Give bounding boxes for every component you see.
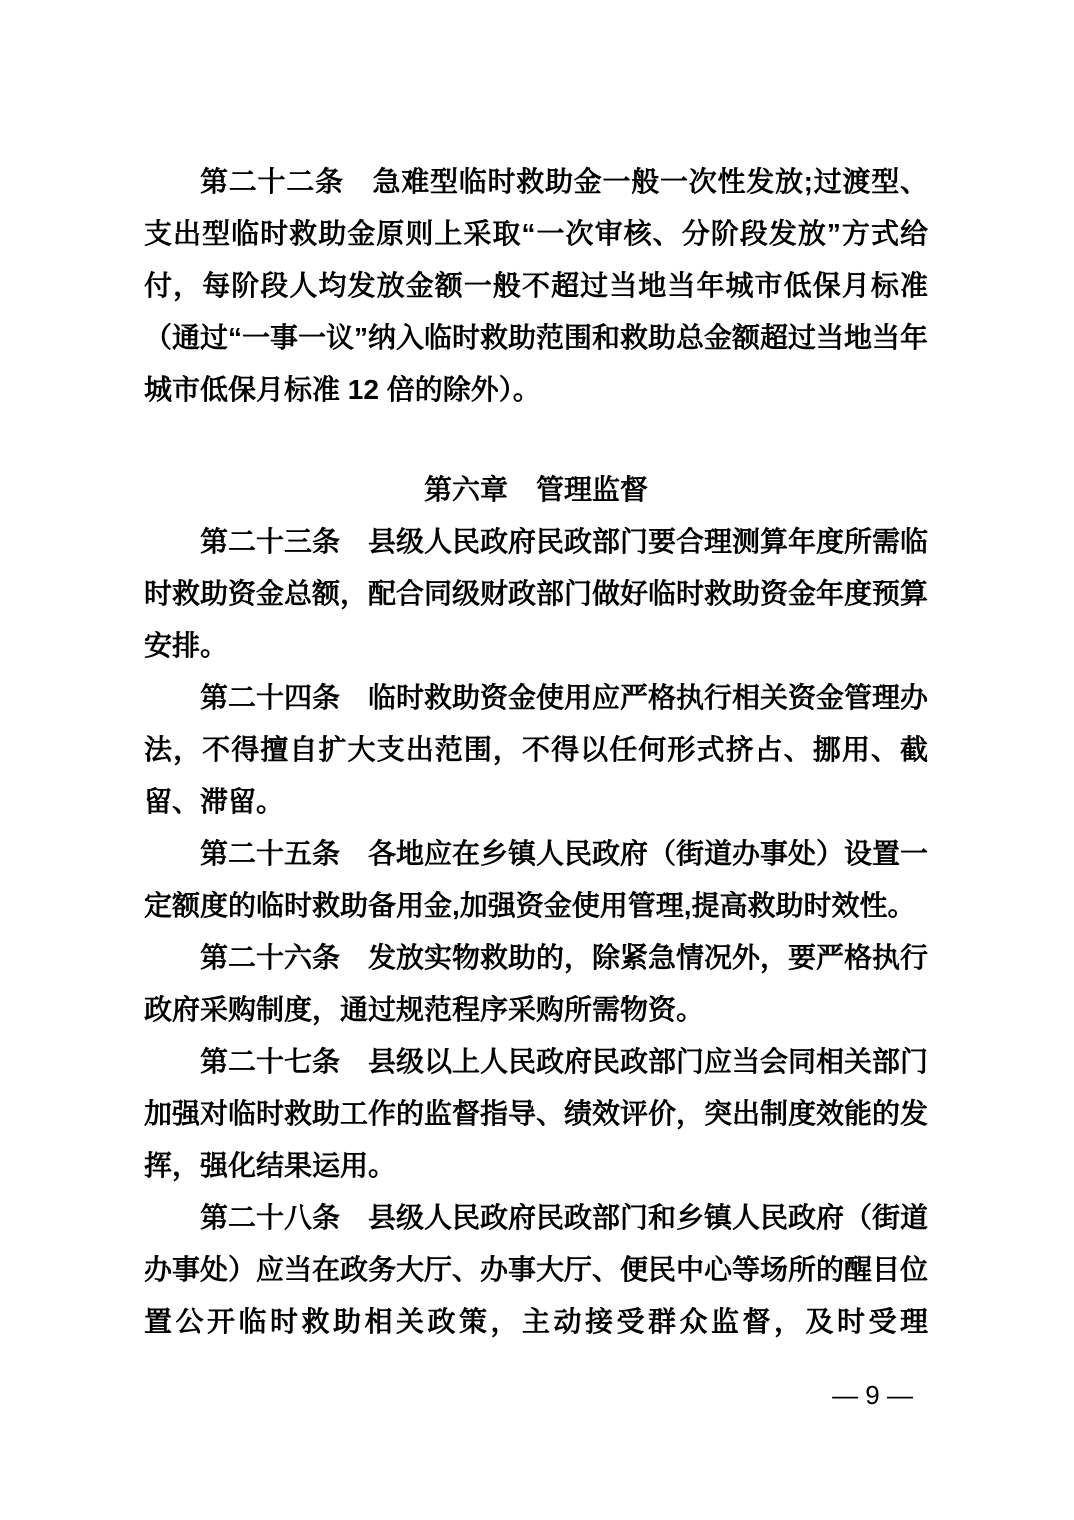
- article-26-paragraph: 第二十六条 发放实物救助的，除紧急情况外，要严格执行政府采购制度，通过规范程序采…: [144, 932, 928, 1036]
- chapter-6-heading: 第六章 管理监督: [144, 464, 928, 516]
- article-27-paragraph: 第二十七条 县级以上人民政府民政部门应当会同相关部门加强对临时救助工作的监督指导…: [144, 1036, 928, 1192]
- article-24-paragraph: 第二十四条 临时救助资金使用应严格执行相关资金管理办法，不得擅自扩大支出范围，不…: [144, 672, 928, 828]
- document-page: 第二十二条 急难型临时救助金一般一次性发放;过渡型、支出型临时救助金原则上采取“…: [0, 0, 1074, 1520]
- document-body: 第二十二条 急难型临时救助金一般一次性发放;过渡型、支出型临时救助金原则上采取“…: [144, 156, 928, 1348]
- article-28-paragraph: 第二十八条 县级人民政府民政部门和乡镇人民政府（街道办事处）应当在政务大厅、办事…: [144, 1192, 928, 1348]
- article-22-paragraph: 第二十二条 急难型临时救助金一般一次性发放;过渡型、支出型临时救助金原则上采取“…: [144, 156, 928, 416]
- article-25-paragraph: 第二十五条 各地应在乡镇人民政府（街道办事处）设置一定额度的临时救助备用金,加强…: [144, 828, 928, 932]
- page-number: — 9 —: [832, 1380, 913, 1410]
- article-23-paragraph: 第二十三条 县级人民政府民政部门要合理测算年度所需临时救助资金总额，配合同级财政…: [144, 516, 928, 672]
